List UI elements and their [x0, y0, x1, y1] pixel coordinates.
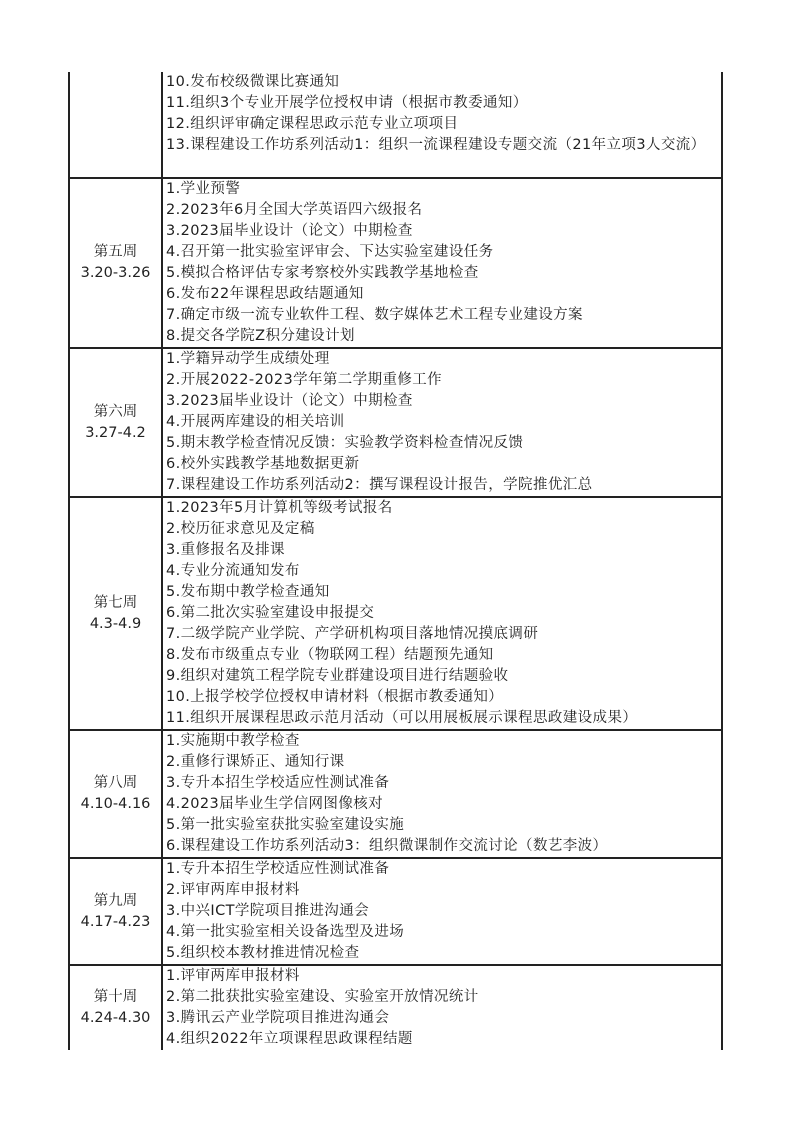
task-item: 6.第二批次实验室建设申报提交: [166, 603, 721, 624]
table-row: 10.发布校级微课比赛通知 11.组织3个专业开展学位授权申请（根据市教委通知）…: [69, 72, 722, 178]
task-item: 5.模拟合格评估专家考察校外实践教学基地检查: [166, 263, 721, 284]
tasks-cell: 1.专升本招生学校适应性测试准备 2.评审两库申报材料 3.中兴ICT学院项目推…: [162, 858, 722, 965]
task-item: 11.组织3个专业开展学位授权申请（根据市教委通知）: [166, 93, 721, 114]
task-item: 3.中兴ICT学院项目推进沟通会: [166, 901, 721, 922]
week-cell: 第八周 4.10-4.16: [69, 730, 162, 858]
task-item: 1.学业预警: [166, 179, 721, 200]
week-range: 4.10-4.16: [70, 794, 161, 815]
task-item: 2.评审两库申报材料: [166, 880, 721, 901]
week-name: 第八周: [70, 773, 161, 794]
week-name: 第九周: [70, 891, 161, 912]
week-name: 第六周: [70, 402, 161, 423]
task-item: 1.专升本招生学校适应性测试准备: [166, 859, 721, 880]
table-row: 第七周 4.3-4.9 1.2023年5月计算机等级考试报名 2.校历征求意见及…: [69, 497, 722, 730]
week-cell: 第五周 3.20-3.26: [69, 178, 162, 348]
week-range: 4.3-4.9: [70, 614, 161, 635]
tasks-cell: 1.实施期中教学检查 2.重修行课矫正、通知行课 3.专升本招生学校适应性测试准…: [162, 730, 722, 858]
task-item: 3.专升本招生学校适应性测试准备: [166, 773, 721, 794]
task-item: 13.课程建设工作坊系列活动1：组织一流课程建设专题交流（21年立项3人交流）: [166, 135, 721, 156]
week-name: 第十周: [70, 987, 161, 1008]
task-item: 2.开展2022-2023学年第二学期重修工作: [166, 370, 721, 391]
week-range: 4.17-4.23: [70, 912, 161, 933]
week-cell: 第六周 3.27-4.2: [69, 348, 162, 497]
task-item: 12.组织评审确定课程思政示范专业立项项目: [166, 114, 721, 135]
table-row: 第十周 4.24-4.30 1.评审两库申报材料 2.第二批获批实验室建设、实验…: [69, 965, 722, 1050]
task-item: 4.开展两库建设的相关培训: [166, 412, 721, 433]
task-item: 6.校外实践教学基地数据更新: [166, 454, 721, 475]
document-page: 10.发布校级微课比赛通知 11.组织3个专业开展学位授权申请（根据市教委通知）…: [0, 0, 793, 1122]
table-row: 第九周 4.17-4.23 1.专升本招生学校适应性测试准备 2.评审两库申报材…: [69, 858, 722, 965]
week-cell: 第七周 4.3-4.9: [69, 497, 162, 730]
task-item: 4.组织2022年立项课程思政课程结题: [166, 1029, 721, 1050]
task-item: 2.2023年6月全国大学英语四六级报名: [166, 200, 721, 221]
week-range: 3.27-4.2: [70, 423, 161, 444]
tasks-cell: 1.学业预警 2.2023年6月全国大学英语四六级报名 3.2023届毕业设计（…: [162, 178, 722, 348]
task-item: 8.提交各学院Z积分建设计划: [166, 326, 721, 347]
task-item: 2.校历征求意见及定稿: [166, 519, 721, 540]
week-name: 第五周: [70, 242, 161, 263]
week-range: 4.24-4.30: [70, 1008, 161, 1029]
task-item: 7.课程建设工作坊系列活动2：撰写课程设计报告，学院推优汇总: [166, 475, 721, 496]
week-cell: [69, 72, 162, 178]
task-item: 8.发布市级重点专业（物联网工程）结题预先通知: [166, 645, 721, 666]
task-item: 5.第一批实验室获批实验室建设实施: [166, 815, 721, 836]
task-item: 9.组织对建筑工程学院专业群建设项目进行结题验收: [166, 666, 721, 687]
table-row: 第八周 4.10-4.16 1.实施期中教学检查 2.重修行课矫正、通知行课 3…: [69, 730, 722, 858]
task-item: 10.发布校级微课比赛通知: [166, 72, 721, 93]
task-item: 4.专业分流通知发布: [166, 561, 721, 582]
table-row: 第五周 3.20-3.26 1.学业预警 2.2023年6月全国大学英语四六级报…: [69, 178, 722, 348]
task-item: 3.2023届毕业设计（论文）中期检查: [166, 391, 721, 412]
task-item: 5.组织校本教材推进情况检查: [166, 943, 721, 964]
task-item: 6.发布22年课程思政结题通知: [166, 284, 721, 305]
task-item: 5.期末教学检查情况反馈：实验教学资料检查情况反馈: [166, 433, 721, 454]
task-item: 7.二级学院产业学院、产学研机构项目落地情况摸底调研: [166, 624, 721, 645]
task-item: 4.召开第一批实验室评审会、下达实验室建设任务: [166, 242, 721, 263]
task-item: 2.第二批获批实验室建设、实验室开放情况统计: [166, 987, 721, 1008]
tasks-cell: 1.学籍异动学生成绩处理 2.开展2022-2023学年第二学期重修工作 3.2…: [162, 348, 722, 497]
task-item: 3.腾讯云产业学院项目推进沟通会: [166, 1008, 721, 1029]
task-item: 2.重修行课矫正、通知行课: [166, 752, 721, 773]
task-item: 10.上报学校学位授权申请材料（根据市教委通知）: [166, 687, 721, 708]
week-range: 3.20-3.26: [70, 263, 161, 284]
week-cell: 第九周 4.17-4.23: [69, 858, 162, 965]
task-item: 1.实施期中教学检查: [166, 731, 721, 752]
task-item: 11.组织开展课程思政示范月活动（可以用展板展示课程思政建设成果）: [166, 708, 721, 729]
table-row: 第六周 3.27-4.2 1.学籍异动学生成绩处理 2.开展2022-2023学…: [69, 348, 722, 497]
task-item: 3.重修报名及排课: [166, 540, 721, 561]
weekly-schedule-table: 10.发布校级微课比赛通知 11.组织3个专业开展学位授权申请（根据市教委通知）…: [68, 72, 723, 1050]
task-item: 3.2023届毕业设计（论文）中期检查: [166, 221, 721, 242]
week-cell: 第十周 4.24-4.30: [69, 965, 162, 1050]
task-item: 7.确定市级一流专业软件工程、数字媒体艺术工程专业建设方案: [166, 305, 721, 326]
task-item: 4.2023届毕业生学信网图像核对: [166, 794, 721, 815]
tasks-cell: 10.发布校级微课比赛通知 11.组织3个专业开展学位授权申请（根据市教委通知）…: [162, 72, 722, 178]
tasks-cell: 1.评审两库申报材料 2.第二批获批实验室建设、实验室开放情况统计 3.腾讯云产…: [162, 965, 722, 1050]
task-item: 4.第一批实验室相关设备选型及进场: [166, 922, 721, 943]
task-item: 1.2023年5月计算机等级考试报名: [166, 498, 721, 519]
task-item: 1.学籍异动学生成绩处理: [166, 349, 721, 370]
task-item: 6.课程建设工作坊系列活动3：组织微课制作交流讨论（数艺李波）: [166, 836, 721, 857]
task-item: 1.评审两库申报材料: [166, 966, 721, 987]
tasks-cell: 1.2023年5月计算机等级考试报名 2.校历征求意见及定稿 3.重修报名及排课…: [162, 497, 722, 730]
task-item: 5.发布期中教学检查通知: [166, 582, 721, 603]
week-name: 第七周: [70, 593, 161, 614]
